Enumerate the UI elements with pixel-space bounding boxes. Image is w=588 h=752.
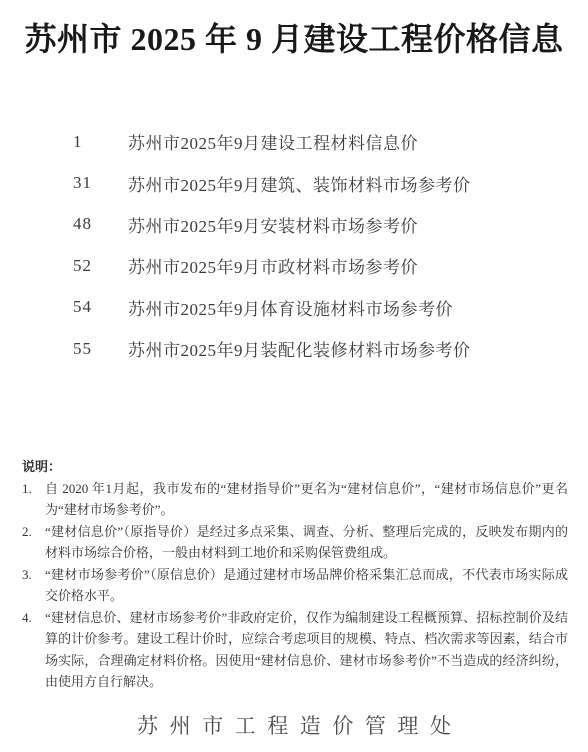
note-text: “建材信息价”（原指导价）是经过多点采集、调查、分析、整理后完成的，反映发布期内…: [45, 521, 568, 564]
toc-page-number: 1: [73, 132, 128, 152]
toc-page-number: 31: [73, 173, 128, 193]
note-item: 1. 自 2020 年1月起，我市发布的“建材指导价”更名为“建材信息价”，“建…: [22, 478, 568, 521]
note-text: “建材信息价、建材市场参考价”非政府定价，仅作为编制建设工程概预算、招标控制价及…: [45, 607, 568, 693]
toc-row: 55 苏州市2025年9月装配化装修材料市场参考价: [73, 328, 558, 369]
toc-page-number: 54: [73, 297, 128, 317]
toc-row: 52 苏州市2025年9月市政材料市场参考价: [73, 245, 558, 286]
toc-item-title: 苏州市2025年9月安装材料市场参考价: [128, 212, 418, 237]
page-title: 苏州市 2025 年 9 月建设工程价格信息: [0, 14, 588, 60]
toc-item-title: 苏州市2025年9月建设工程材料信息价: [128, 129, 418, 154]
toc-item-title: 苏州市2025年9月建筑、装饰材料市场参考价: [128, 171, 471, 196]
table-of-contents: 1 苏州市2025年9月建设工程材料信息价 31 苏州市2025年9月建筑、装饰…: [73, 121, 558, 369]
toc-row: 54 苏州市2025年9月体育设施材料市场参考价: [73, 287, 558, 328]
notes-heading: 说明：: [22, 456, 568, 478]
note-item: 2. “建材信息价”（原指导价）是经过多点采集、调查、分析、整理后完成的，反映发…: [22, 521, 568, 564]
note-number: 2.: [22, 521, 45, 543]
toc-page-number: 55: [73, 339, 128, 359]
note-number: 4.: [22, 607, 45, 629]
toc-item-title: 苏州市2025年9月装配化装修材料市场参考价: [128, 336, 471, 361]
note-text: 自 2020 年1月起，我市发布的“建材指导价”更名为“建材信息价”，“建材市场…: [45, 478, 568, 521]
note-item: 4. “建材信息价、建材市场参考价”非政府定价，仅作为编制建设工程概预算、招标控…: [22, 607, 568, 693]
note-text: “建材市场参考价”（原信息价）是通过建材市场品牌价格采集汇总而成，不代表市场实际…: [45, 564, 568, 607]
toc-item-title: 苏州市2025年9月体育设施材料市场参考价: [128, 295, 453, 320]
note-number: 3.: [22, 564, 45, 586]
note-item: 3. “建材市场参考价”（原信息价）是通过建材市场品牌价格采集汇总而成，不代表市…: [22, 564, 568, 607]
issuing-office: 苏州市工程造价管理处: [0, 710, 588, 740]
note-number: 1.: [22, 478, 45, 500]
toc-page-number: 48: [73, 214, 128, 234]
toc-row: 48 苏州市2025年9月安装材料市场参考价: [73, 204, 558, 245]
toc-row: 1 苏州市2025年9月建设工程材料信息价: [73, 121, 558, 162]
notes-section: 说明： 1. 自 2020 年1月起，我市发布的“建材指导价”更名为“建材信息价…: [22, 456, 568, 693]
toc-page-number: 52: [73, 256, 128, 276]
toc-row: 31 苏州市2025年9月建筑、装饰材料市场参考价: [73, 162, 558, 203]
toc-item-title: 苏州市2025年9月市政材料市场参考价: [128, 253, 418, 278]
